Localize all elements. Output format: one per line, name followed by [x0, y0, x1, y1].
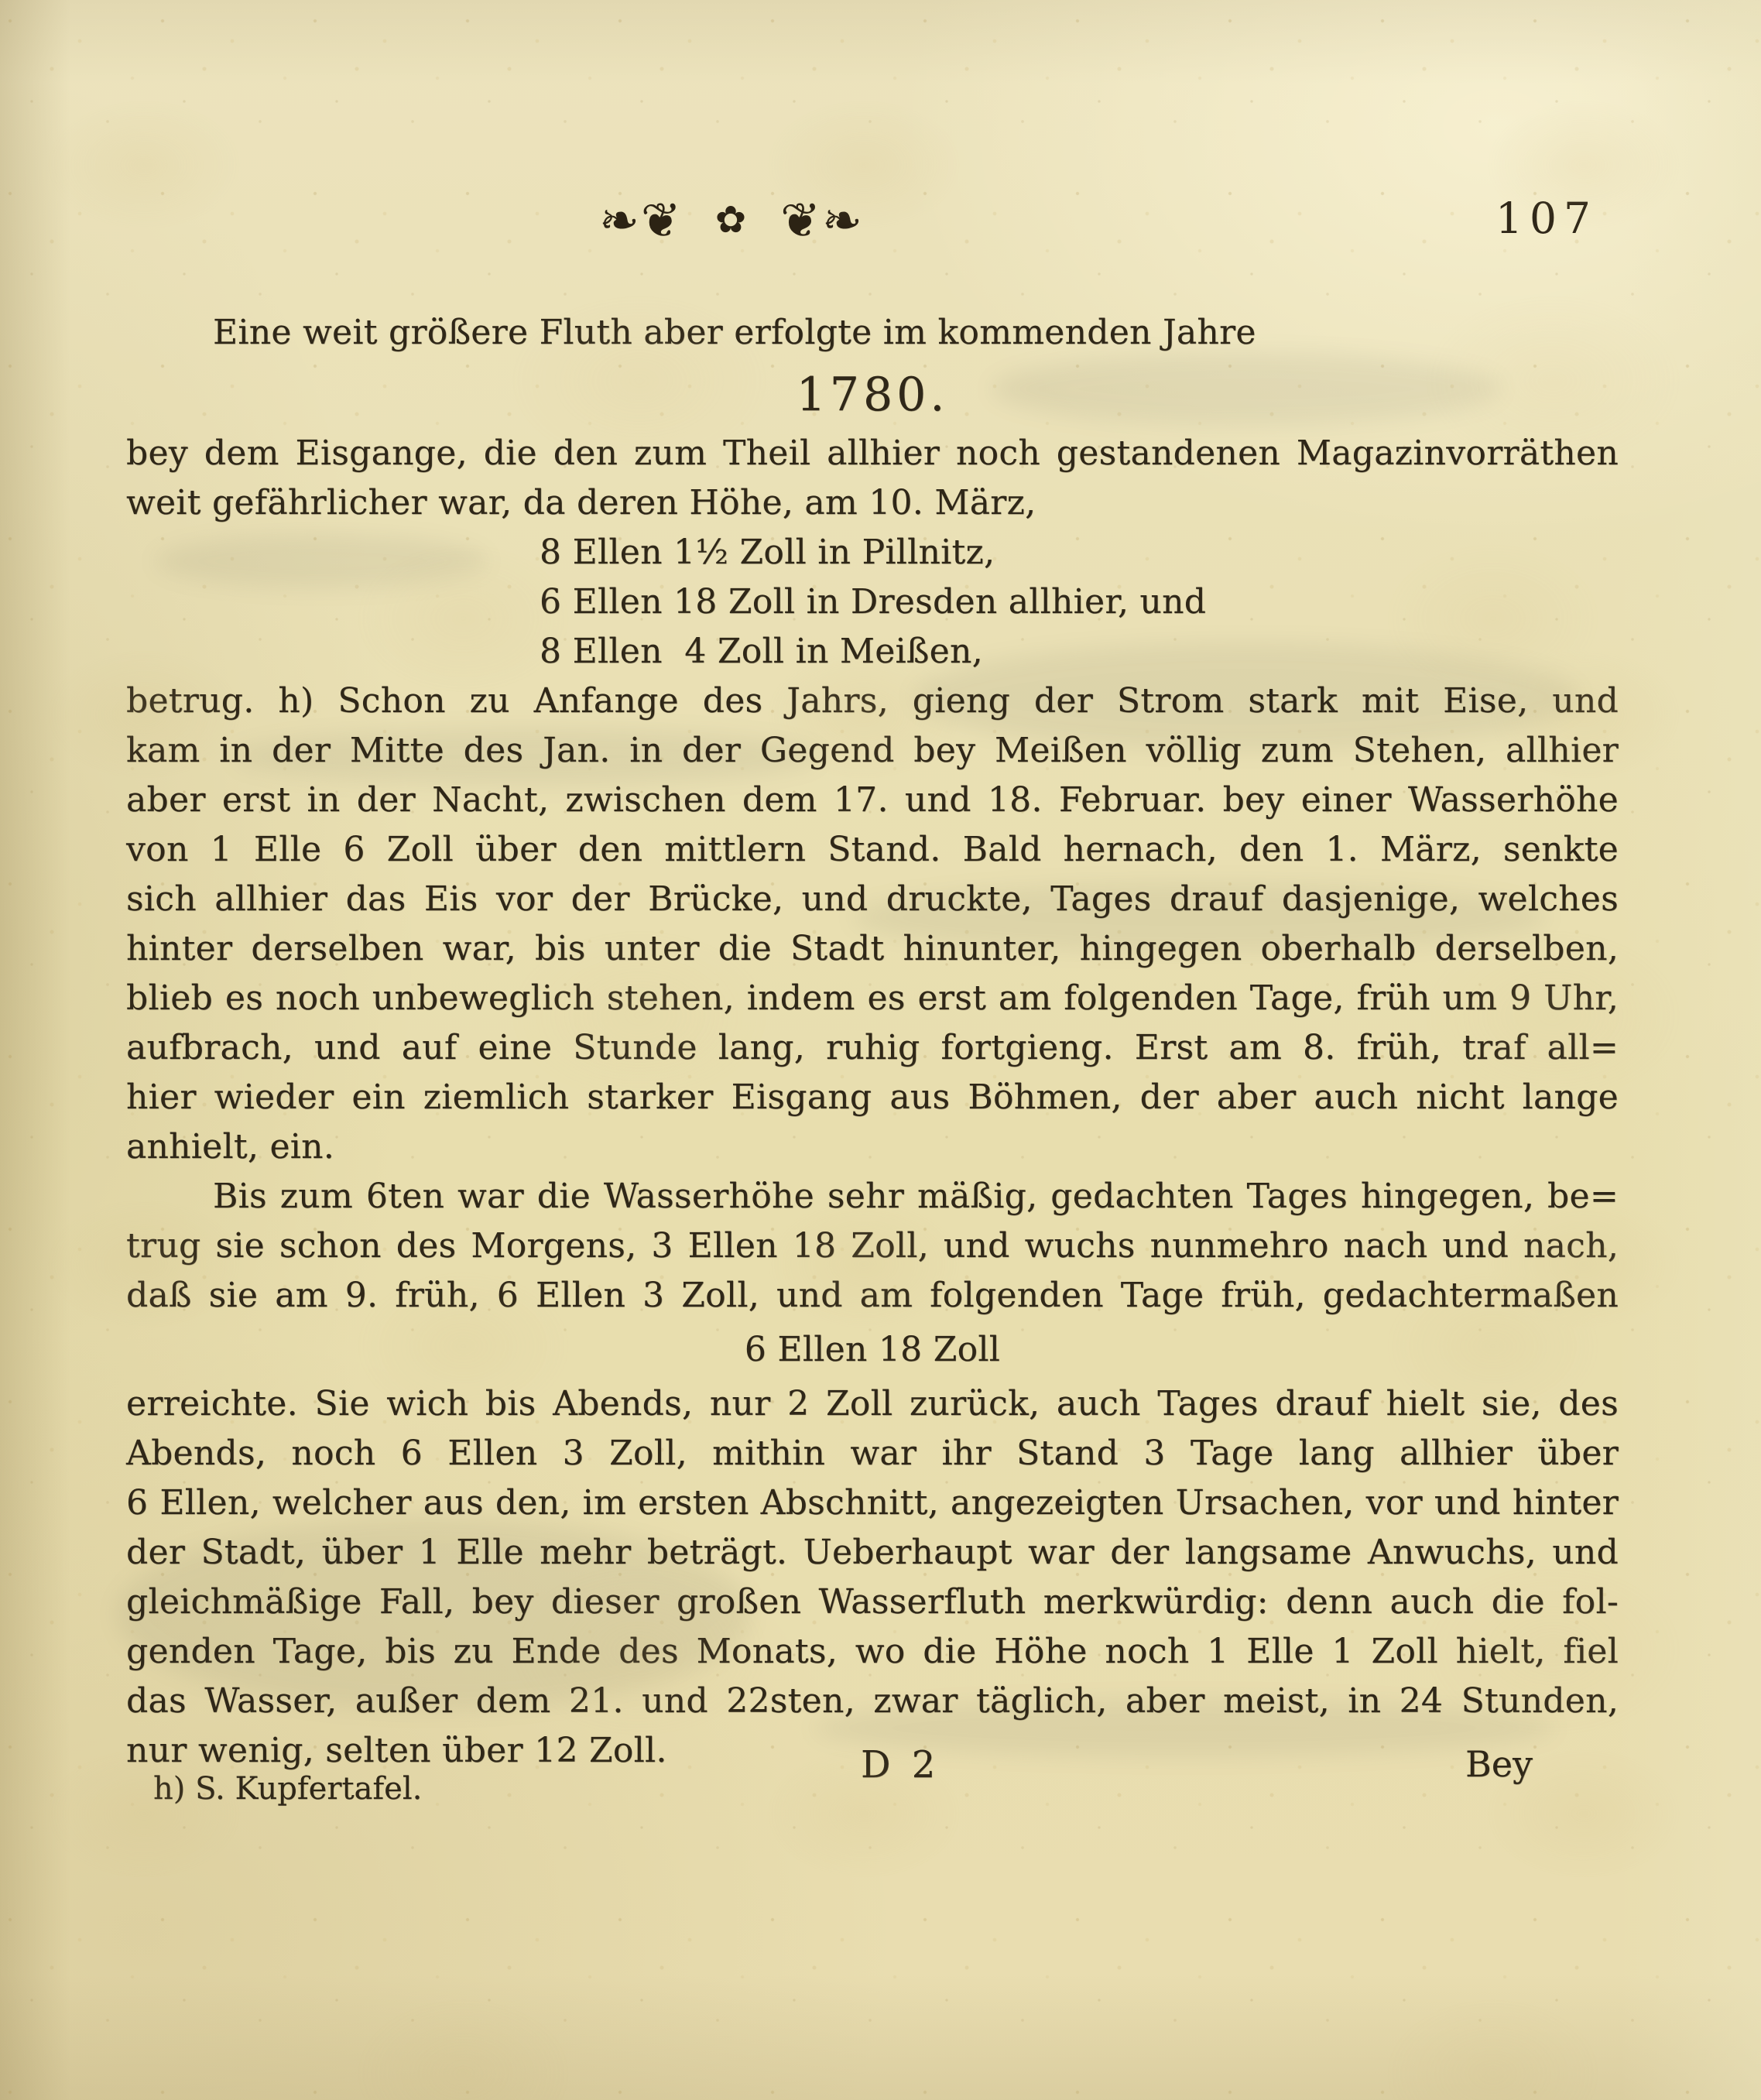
text-block: Eine weit größere Fluth aber erfolgte im… — [126, 308, 1619, 1776]
catchword: Bey — [1465, 1743, 1533, 1785]
text-line: Bis zum 6ten war die Wasserhöhe sehr mäß… — [126, 1172, 1619, 1221]
text-line: genden Tage, bis zu Ende des Monats, wo … — [126, 1627, 1619, 1677]
measurement-line: 8 Ellen 1½ Zoll in Pillnitz, — [126, 528, 1619, 577]
fleuron-left-icon: ❧❦ — [599, 192, 683, 248]
year-heading: 1780. — [126, 367, 1619, 423]
fleuron-center-icon: ✿ — [715, 198, 748, 242]
header-ornament: ❧❦✿❦❧ — [476, 192, 987, 248]
text-line: der Stadt, über 1 Elle mehr beträgt. Ueb… — [126, 1528, 1619, 1578]
signature-mark: D 2 — [861, 1743, 940, 1787]
text-line: anhielt, ein. — [126, 1122, 1619, 1172]
text-line: trug sie schon des Morgens, 3 Ellen 18 Z… — [126, 1221, 1619, 1271]
text-line: kam in der Mitte des Jan. in der Gegend … — [126, 726, 1619, 776]
text-line: 6 Ellen, welcher aus den, im ersten Absc… — [126, 1478, 1619, 1528]
text-line: Abends, noch 6 Ellen 3 Zoll, mithin war … — [126, 1429, 1619, 1478]
scanned-book-page: ❧❦✿❦❧ 107 Eine weit größere Fluth aber e… — [0, 0, 1761, 2100]
fleuron-right-icon: ❦❧ — [780, 192, 864, 248]
text-line: betrug. h) Schon zu Anfange des Jahrs, g… — [126, 677, 1619, 726]
measurement-line: 8 Ellen 4 Zoll in Meißen, — [126, 627, 1619, 677]
text-line: aber erst in der Nacht, zwischen dem 17.… — [126, 776, 1619, 825]
text-line: bey dem Eisgange, die den zum Theil allh… — [126, 429, 1619, 478]
text-line: von 1 Elle 6 Zoll über den mittlern Stan… — [126, 825, 1619, 875]
footnote: h) S. Kupfertafel. — [153, 1771, 422, 1807]
text-line: blieb es noch unbeweglich stehen, indem … — [126, 974, 1619, 1023]
text-line: hier wieder ein ziemlich starker Eisgang… — [126, 1073, 1619, 1122]
text-line: erreichte. Sie wich bis Abends, nur 2 Zo… — [126, 1379, 1619, 1429]
text-line: sich allhier das Eis vor der Brücke, und… — [126, 875, 1619, 924]
measurement-line: 6 Ellen 18 Zoll — [126, 1325, 1619, 1375]
page-number: 107 — [1495, 194, 1598, 243]
text-line: aufbrach, und auf eine Stunde lang, ruhi… — [126, 1023, 1619, 1073]
measurement-line: 6 Ellen 18 Zoll in Dresden allhier, und — [126, 577, 1619, 627]
text-line: weit gefährlicher war, da deren Höhe, am… — [126, 478, 1619, 528]
text-line: das Wasser, außer dem 21. und 22sten, zw… — [126, 1677, 1619, 1726]
text-line: daß sie am 9. früh, 6 Ellen 3 Zoll, und … — [126, 1271, 1619, 1321]
text-line: gleichmäßige Fall, bey dieser großen Was… — [126, 1578, 1619, 1627]
text-line: Eine weit größere Fluth aber erfolgte im… — [126, 308, 1619, 358]
text-line: hinter derselben war, bis unter die Stad… — [126, 924, 1619, 974]
